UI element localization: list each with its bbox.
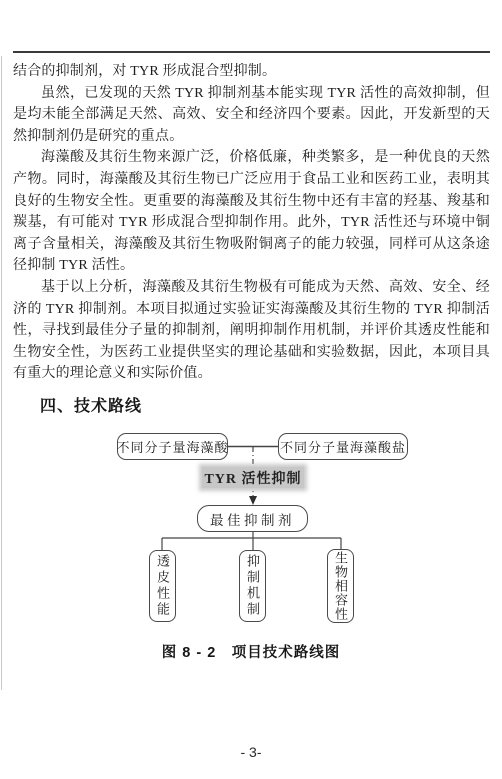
document-page: 结合的抑制剂，对 TYR 形成混合型抑制。 虽然，已发现的天然 TYR 抑制剂基… <box>0 0 502 779</box>
flowchart-project-route: 不同分子量海藻酸 不同分子量海藻酸盐 TYR 活性抑制 最佳抑制剂 透皮性能 抑… <box>0 430 502 630</box>
body-text: 结合的抑制剂，对 TYR 形成混合型抑制。 虽然，已发现的天然 TYR 抑制剂基… <box>13 61 490 385</box>
paragraph: 基于以上分析，海藻酸及其衍生物极有可能成为天然、高效、安全、经济的 TYR 抑制… <box>13 277 490 385</box>
paragraph: 虽然，已发现的天然 TYR 抑制剂基本能实现 TYR 活性的高效抑制，但是均未能… <box>13 83 490 148</box>
header-rule <box>13 51 490 53</box>
paragraph: 海藻酸及其衍生物来源广泛，价格低廉，种类繁多，是一种优良的天然产物。同时，海藻酸… <box>13 147 490 277</box>
paragraph: 结合的抑制剂，对 TYR 形成混合型抑制。 <box>13 61 490 83</box>
flowchart-node-biocompatibility: 生物相容性 <box>327 549 354 623</box>
figure-caption: 图 8 - 2 项目技术路线图 <box>0 641 502 662</box>
section-heading: 四、技术路线 <box>40 393 142 416</box>
page-number: - 3- <box>0 744 502 760</box>
flowchart-node-alginate: 不同分子量海藻酸 <box>117 433 228 460</box>
flowchart-node-transdermal: 透皮性能 <box>149 550 176 622</box>
flowchart-node-alginate-salt: 不同分子量海藻酸盐 <box>278 433 408 460</box>
tyr-inhibition-label: TYR 活性抑制 <box>202 467 304 488</box>
flowchart-node-best-inhibitor: 最佳抑制剂 <box>197 505 308 532</box>
flowchart-node-mechanism: 抑制机制 <box>239 550 266 622</box>
